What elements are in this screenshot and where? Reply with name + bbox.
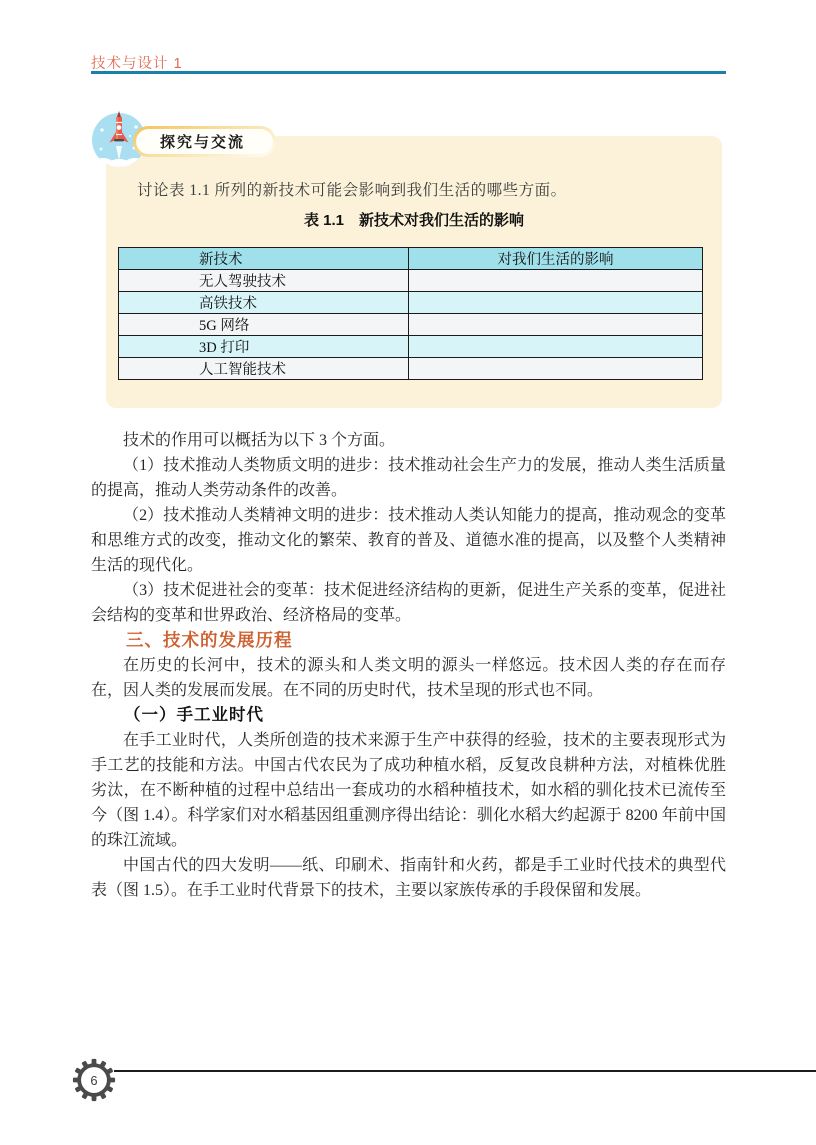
paragraph: （3）技术促进社会的变革：技术促进经济结构的更新，促进生产关系的变革，促进社会结… [91,578,726,628]
column-header-new-tech: 新技术 [119,248,409,270]
paragraph: 中国古代的四大发明——纸、印刷术、指南针和火药，都是手工业时代技术的典型代表（图… [91,853,726,903]
column-header-impact: 对我们生活的影响 [409,248,703,270]
tech-name-cell: 人工智能技术 [119,358,409,380]
table-row: 5G 网络 [119,314,703,336]
page-number-text: 6 [90,1073,97,1088]
explore-label: 探究与交流 [136,129,273,154]
tech-name-cell: 无人驾驶技术 [119,270,409,292]
explore-label-pill: 探究与交流 [133,126,276,157]
footer-divider [114,1070,816,1072]
subsection-heading: （一）手工业时代 [91,703,726,728]
impact-cell-empty [409,358,703,380]
table-row: 人工智能技术 [119,358,703,380]
tech-name-cell: 5G 网络 [119,314,409,336]
paragraph: 在历史的长河中，技术的源头和人类文明的源头一样悠远。技术因人类的存在而存在，因人… [91,653,726,703]
gear-page-number-icon: 6 [71,1057,117,1103]
table-row: 高铁技术 [119,292,703,314]
impact-cell-empty [409,270,703,292]
paragraph: （1）技术推动人类物质文明的进步：技术推动社会生产力的发展，推动人类生活质量的提… [91,453,726,503]
tech-name-cell: 高铁技术 [119,292,409,314]
header-divider [91,71,726,74]
textbook-page: 技术与设计 1 [0,0,816,1145]
explore-prompt-text: 讨论表 1.1 所列的新技术可能会影响到我们生活的哪些方面。 [137,178,697,200]
impact-cell-empty [409,336,703,358]
paragraph: 在手工业时代，人类所创造的技术来源于生产中获得的经验，技术的主要表现形式为手工艺… [91,728,726,853]
impact-cell-empty [409,292,703,314]
paragraph: 技术的作用可以概括为以下 3 个方面。 [91,428,726,453]
paragraph: （2）技术推动人类精神文明的进步：技术推动人类认知能力的提高，推动观念的变革和思… [91,503,726,578]
new-tech-table: 新技术 对我们生活的影响 无人驾驶技术 高铁技术 5G 网络 3D 打印 人工智… [118,247,703,380]
impact-cell-empty [409,314,703,336]
tech-name-cell: 3D 打印 [119,336,409,358]
table-caption: 表 1.1 新技术对我们生活的影响 [106,209,722,230]
table-row: 无人驾驶技术 [119,270,703,292]
book-title: 技术与设计 1 [91,52,183,73]
section-heading: 三、技术的发展历程 [91,628,726,653]
body-text: 技术的作用可以概括为以下 3 个方面。 （1）技术推动人类物质文明的进步：技术推… [91,428,726,903]
table-row: 3D 打印 [119,336,703,358]
table-header-row: 新技术 对我们生活的影响 [119,248,703,270]
